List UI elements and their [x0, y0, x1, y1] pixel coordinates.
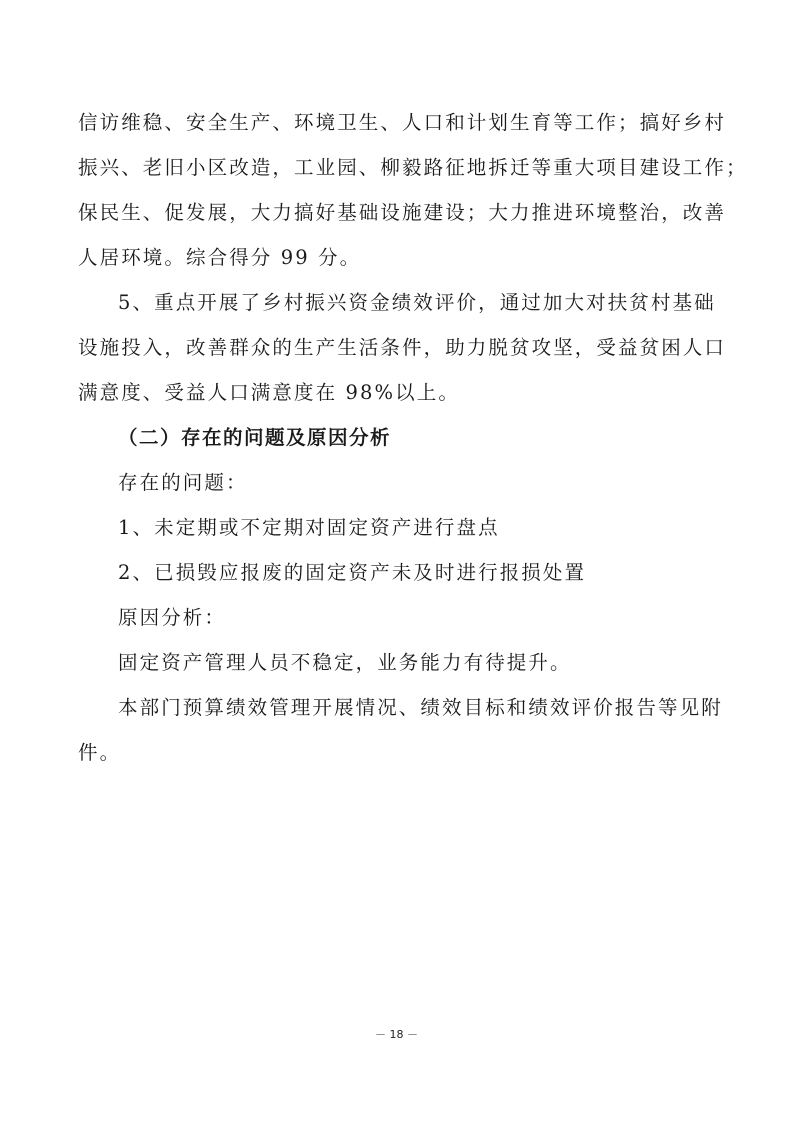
document-page: 信访维稳、安全生产、环境卫生、人口和计划生育等工作；搞好乡村 振兴、老旧小区改造…	[78, 100, 718, 775]
page-number: － 18 －	[0, 1026, 793, 1042]
paragraph-line: 设施投入，改善群众的生产生活条件，助力脱贫攻坚，受益贫困人口	[78, 325, 718, 370]
paragraph-line: 固定资产管理人员不稳定，业务能力有待提升。	[78, 640, 718, 685]
subheading-causes: 原因分析：	[78, 595, 718, 640]
paragraph-line: 保民生、促发展，大力搞好基础设施建设；大力推进环境整治，改善	[78, 190, 718, 235]
section-heading: （二）存在的问题及原因分析	[78, 415, 718, 460]
list-item: 1、未定期或不定期对固定资产进行盘点	[78, 505, 718, 550]
paragraph-line: 件。	[78, 730, 718, 775]
subheading-problems: 存在的问题：	[78, 460, 718, 505]
paragraph-line: 满意度、受益人口满意度在 98%以上。	[78, 370, 718, 415]
paragraph-line: 5、重点开展了乡村振兴资金绩效评价，通过加大对扶贫村基础	[78, 280, 718, 325]
paragraph-line: 本部门预算绩效管理开展情况、绩效目标和绩效评价报告等见附	[78, 685, 718, 730]
paragraph-line: 信访维稳、安全生产、环境卫生、人口和计划生育等工作；搞好乡村	[78, 100, 718, 145]
list-item: 2、已损毁应报废的固定资产未及时进行报损处置	[78, 550, 718, 595]
paragraph-line: 振兴、老旧小区改造，工业园、柳毅路征地拆迁等重大项目建设工作；	[78, 145, 718, 190]
paragraph-line: 人居环境。综合得分 99 分。	[78, 235, 718, 280]
